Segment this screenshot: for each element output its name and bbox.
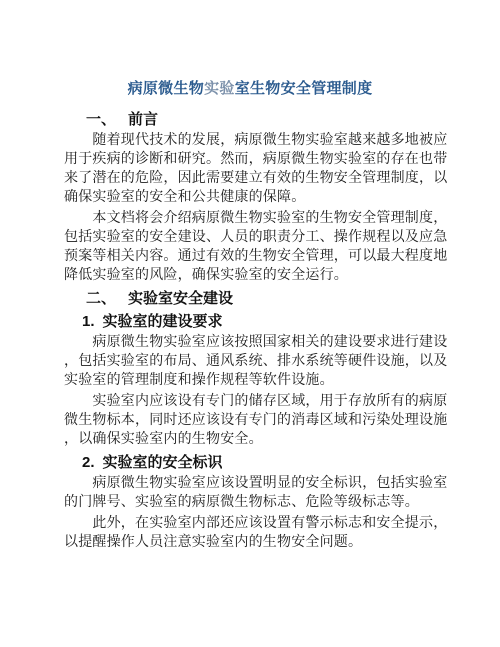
text-line: 包括实验室的安全建设、人员的职责分工、操作规程以及应急 (64, 228, 436, 247)
paragraph-construction-1: 病原微生物实验室应该按照国家相关的建设要求进行建设 ，包括实验室的布局、通风系统… (64, 333, 436, 390)
text-line: 实验室内应该设有专门的储存区域，用于存放所有的病原 (64, 392, 436, 411)
text-line: 来了潜在的危险，因此需要建立有效的生物安全管理制度，以 (64, 169, 436, 188)
section-heading-lab-safety-construction: 二、实验室安全建设 (64, 289, 436, 308)
text-line: 确保实验室的安全和公共健康的保障。 (64, 188, 436, 207)
section-heading-foreword: 一、前言 (64, 110, 436, 129)
heading-number: 二、 (86, 290, 116, 307)
text-line: 微生物标本，同时还应该设有专门的消毒区域和污染处理设施 (64, 411, 436, 430)
text-line: ，包括实验室的布局、通风系统、排水系统等硬件设施，以及 (64, 352, 436, 371)
heading-label: 实验室安全建设 (128, 290, 233, 307)
paragraph-intro-2: 本文档将会介绍病原微生物实验室的生物安全管理制度， 包括实验室的安全建设、人员的… (64, 209, 436, 285)
heading-number: 一、 (86, 111, 116, 128)
text-line: 此外，在实验室内部还应该设置有警示标志和安全提示， (64, 514, 436, 533)
text-line: ，以确保实验室内的生物安全。 (64, 430, 436, 449)
paragraph-intro-1: 随着现代技术的发展，病原微生物实验室越来越多地被应 用于疾病的诊断和研究。然而，… (64, 131, 436, 207)
heading-number: 2. (82, 454, 95, 471)
paragraph-signage-1: 病原微生物实验室应该设置明显的安全标识，包括实验室 的门牌号、实验室的病原微生物… (64, 474, 436, 512)
text-line: 实验室的管理制度和操作规程等软件设施。 (64, 371, 436, 390)
text-line: 降低实验室的风险，确保实验室的安全运行。 (64, 266, 436, 285)
heading-label: 实验室的建设要求 (103, 313, 223, 330)
text-line: 以提醒操作人员注意实验室内的生物安全问题。 (64, 533, 436, 552)
title-segment-1: 病原微生物 (128, 80, 205, 97)
document-page: 病原微生物实验室生物安全管理制度 一、前言 随着现代技术的发展，病原微生物实验室… (0, 0, 500, 647)
title-segment-3: 室生物安全管理制度 (235, 80, 373, 97)
text-line: 随着现代技术的发展，病原微生物实验室越来越多地被应 (64, 131, 436, 150)
text-line: 的门牌号、实验室的病原微生物标志、危险等级标志等。 (64, 493, 436, 512)
paragraph-construction-2: 实验室内应该设有专门的储存区域，用于存放所有的病原 微生物标本，同时还应该设有专… (64, 392, 436, 449)
title-segment-2-faded: 实验 (204, 80, 235, 97)
subheading-safety-signage: 2.实验室的安全标识 (64, 453, 436, 472)
subheading-construction-requirements: 1.实验室的建设要求 (64, 312, 436, 331)
heading-number: 1. (82, 313, 95, 330)
text-line: 本文档将会介绍病原微生物实验室的生物安全管理制度， (64, 209, 436, 228)
text-line: 病原微生物实验室应该按照国家相关的建设要求进行建设 (64, 333, 436, 352)
paragraph-signage-2: 此外，在实验室内部还应该设置有警示标志和安全提示， 以提醒操作人员注意实验室内的… (64, 514, 436, 552)
heading-label: 前言 (128, 111, 158, 128)
document-title: 病原微生物实验室生物安全管理制度 (64, 79, 436, 98)
document-content: 病原微生物实验室生物安全管理制度 一、前言 随着现代技术的发展，病原微生物实验室… (0, 0, 500, 552)
heading-label: 实验室的安全标识 (103, 454, 223, 471)
text-line: 用于疾病的诊断和研究。然而，病原微生物实验室的存在也带 (64, 150, 436, 169)
text-line: 病原微生物实验室应该设置明显的安全标识，包括实验室 (64, 474, 436, 493)
text-line: 预案等相关内容。通过有效的生物安全管理，可以最大程度地 (64, 247, 436, 266)
